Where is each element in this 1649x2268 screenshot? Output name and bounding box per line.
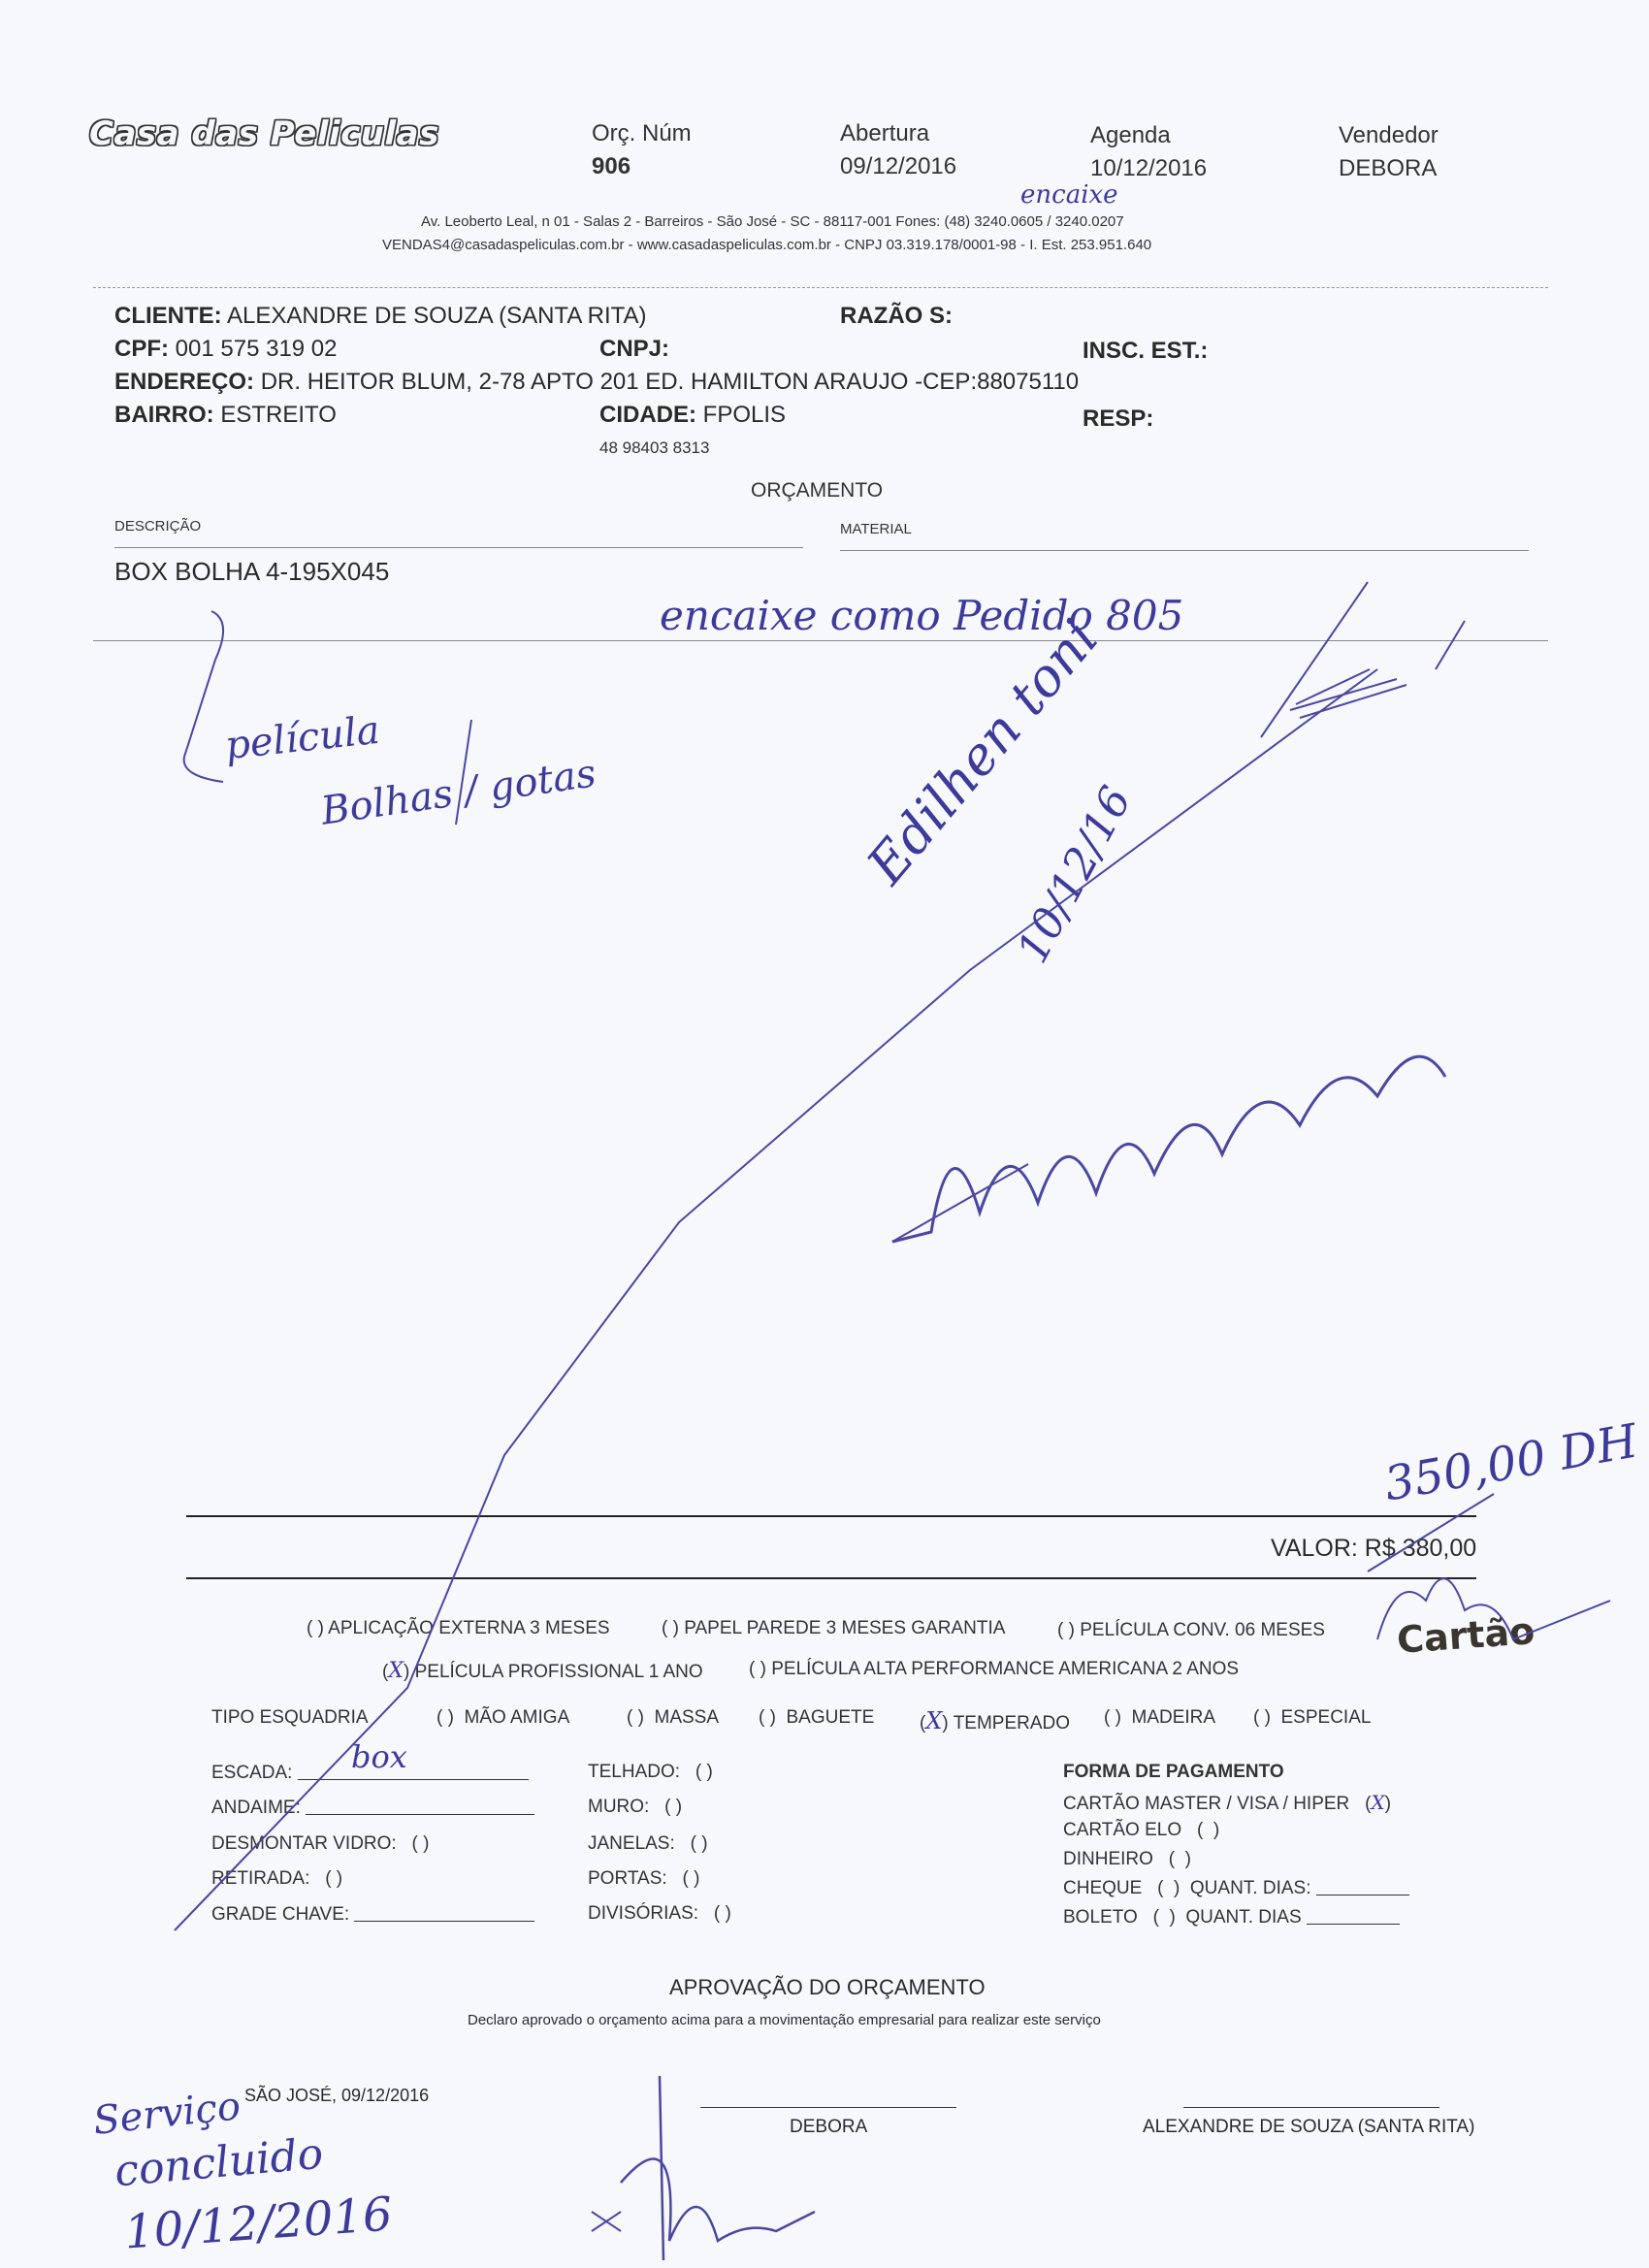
valor-field: VALOR: R$ 380,00 <box>1271 1535 1476 1563</box>
resp-label: RESP: <box>1083 405 1153 432</box>
divisorias-field[interactable]: DIVISÓRIAS: ( ) <box>588 1903 731 1925</box>
portas-field[interactable]: PORTAS: ( ) <box>588 1868 699 1890</box>
payment-option-0[interactable]: CARTÃO MASTER / VISA / HIPER (X) <box>1063 1791 1391 1815</box>
esquadria-option-5[interactable]: ( ) ESPECIAL <box>1253 1707 1371 1729</box>
esquadria-option-label: MADEIRA <box>1132 1707 1216 1728</box>
portas-label: PORTAS: <box>588 1868 667 1889</box>
approval-declaration: Declaro aprovado o orçamento acima para … <box>468 2012 1101 2028</box>
header-divider <box>93 287 1548 288</box>
retirada-field[interactable]: RETIRADA: ( ) <box>211 1868 342 1890</box>
cpf-field: CPF: 001 575 319 02 <box>114 336 338 363</box>
escada-handwritten-value: box <box>351 1738 407 1775</box>
insc-est-field: INSC. EST.: <box>1083 338 1208 365</box>
esquadria-option-label: TEMPERADO <box>954 1713 1070 1733</box>
service-option-4[interactable]: ( ) PELÍCULA ALTA PERFORMANCE AMERICANA … <box>749 1659 1239 1680</box>
payment-option-label: BOLETO <box>1063 1907 1138 1928</box>
payment-title: FORMA DE PAGAMENTO <box>1063 1762 1284 1783</box>
approval-title: APROVAÇÃO DO ORÇAMENTO <box>669 1975 986 2000</box>
handwritten-encaixe-top: encaixe <box>1020 180 1118 210</box>
janelas-field[interactable]: JANELAS: ( ) <box>588 1833 708 1855</box>
endereco-field: ENDEREÇO: DR. HEITOR BLUM, 2-78 APTO 201… <box>114 369 1079 396</box>
vendedor-value: DEBORA <box>1339 155 1437 182</box>
valor-value: 380,00 <box>1403 1535 1476 1562</box>
check-mark-icon: X <box>1371 1791 1384 1814</box>
company-contact: VENDAS4@casadaspeliculas.com.br - www.ca… <box>382 237 1151 253</box>
retirada-label: RETIRADA: <box>211 1868 309 1889</box>
payment-option-2[interactable]: DINHEIRO ( ) <box>1063 1849 1191 1870</box>
payment-option-3[interactable]: CHEQUE ( ) QUANT. DIAS: <box>1063 1878 1409 1899</box>
payment-option-label: CARTÃO ELO <box>1063 1820 1181 1840</box>
cliente-field: CLIENTE: ALEXANDRE DE SOUZA (SANTA RITA) <box>114 303 647 330</box>
grade-chave-label: GRADE CHAVE: <box>211 1904 349 1925</box>
esquadria-option-label: MÃO AMIGA <box>465 1707 570 1728</box>
service-option-3[interactable]: (X) PELÍCULA PROFISSIONAL 1 ANO <box>382 1659 703 1683</box>
abertura-value: 09/12/2016 <box>840 153 956 180</box>
cliente-value: ALEXANDRE DE SOUZA (SANTA RITA) <box>227 303 647 329</box>
esquadria-option-2[interactable]: ( ) BAGUETE <box>759 1707 874 1729</box>
approval-place-date: SÃO JOSÉ, 09/12/2016 <box>244 2086 429 2106</box>
esquadria-option-label: MASSA <box>655 1707 720 1728</box>
resp-field: RESP: <box>1083 405 1153 433</box>
handwritten-cartao-note: Cartão <box>1396 1609 1536 1662</box>
service-option-2[interactable]: ( ) PELÍCULA CONV. 06 MESES <box>1057 1620 1325 1641</box>
payment-option-label: CARTÃO MASTER / VISA / HIPER <box>1063 1794 1349 1814</box>
insc-est-label: INSC. EST.: <box>1083 338 1208 364</box>
orc-num-label: Orç. Núm <box>592 120 692 147</box>
cliente-label: CLIENTE: <box>114 303 222 329</box>
service-option-label: APLICAÇÃO EXTERNA 3 MESES <box>328 1618 609 1638</box>
handwritten-pelicula-note: película <box>223 708 382 768</box>
payment-option-label: DINHEIRO <box>1063 1849 1153 1869</box>
esquadria-label: TIPO ESQUADRIA <box>211 1707 369 1729</box>
razao-field: RAZÃO S: <box>840 303 953 330</box>
payment-option-1[interactable]: CARTÃO ELO ( ) <box>1063 1820 1219 1841</box>
agenda-label: Agenda <box>1090 122 1171 149</box>
esquadria-option-label: ESPECIAL <box>1281 1707 1372 1728</box>
payment-option-suffix: QUANT. DIAS: <box>1190 1878 1311 1898</box>
esquadria-option-3[interactable]: (X) TEMPERADO <box>920 1707 1070 1734</box>
grade-chave-field[interactable]: GRADE CHAVE: <box>211 1903 534 1926</box>
muro-label: MURO: <box>588 1797 649 1817</box>
valor-top-line <box>186 1515 1476 1517</box>
muro-field[interactable]: MURO: ( ) <box>588 1797 682 1818</box>
service-option-0[interactable]: ( ) APLICAÇÃO EXTERNA 3 MESES <box>307 1618 610 1639</box>
endereco-label: ENDEREÇO: <box>114 369 254 395</box>
esquadria-option-label: BAGUETE <box>787 1707 875 1728</box>
handwritten-servico-line2: concluido <box>113 2129 325 2197</box>
bairro-label: BAIRRO: <box>114 402 214 428</box>
payment-option-4[interactable]: BOLETO ( ) QUANT. DIAS <box>1063 1907 1400 1928</box>
cnpj-field: CNPJ: <box>599 336 669 363</box>
esquadria-option-4[interactable]: ( ) MADEIRA <box>1104 1707 1215 1729</box>
valor-bottom-line <box>186 1577 1476 1579</box>
desmontar-vidro-field[interactable]: DESMONTAR VIDRO: ( ) <box>211 1833 430 1855</box>
escada-label: ESCADA: <box>211 1763 292 1783</box>
handwritten-signature-date: 10/12/16 <box>1008 779 1142 971</box>
abertura-label: Abertura <box>840 120 929 147</box>
material-label: MATERIAL <box>840 521 912 537</box>
janelas-label: JANELAS: <box>588 1833 675 1854</box>
esquadria-option-1[interactable]: ( ) MASSA <box>627 1707 719 1729</box>
check-mark-icon: X <box>388 1659 404 1683</box>
divisorias-label: DIVISÓRIAS: <box>588 1903 698 1924</box>
cidade-field: CIDADE: FPOLIS <box>599 402 786 429</box>
bairro-value: ESTREITO <box>220 402 337 428</box>
cidade-label: CIDADE: <box>599 402 696 428</box>
company-logo: Casa das Peliculas <box>89 114 439 153</box>
handwritten-servico-date: 10/12/2016 <box>122 2187 394 2259</box>
andaime-field[interactable]: ANDAIME: <box>211 1797 534 1819</box>
descricao-label: DESCRIÇÃO <box>114 518 201 535</box>
client-signer-name: ALEXANDRE DE SOUZA (SANTA RITA) <box>1143 2117 1474 2138</box>
client-phone: 48 98403 8313 <box>599 438 709 458</box>
razao-label: RAZÃO S: <box>840 303 953 329</box>
agenda-value: 10/12/2016 <box>1090 155 1207 182</box>
orcamento-title: ORÇAMENTO <box>751 479 883 502</box>
service-option-label: PELÍCULA PROFISSIONAL 1 ANO <box>415 1662 703 1682</box>
cnpj-label: CNPJ: <box>599 336 669 362</box>
andaime-label: ANDAIME: <box>211 1798 301 1818</box>
vendor-signer-name: DEBORA <box>790 2117 867 2138</box>
vendor-signature-line <box>700 2107 956 2108</box>
service-option-1[interactable]: ( ) PAPEL PAREDE 3 MESES GARANTIA <box>662 1618 1005 1639</box>
orc-num-value: 906 <box>592 153 630 180</box>
telhado-label: TELHADO: <box>588 1762 680 1782</box>
bairro-field: BAIRRO: ESTREITO <box>114 402 337 429</box>
item-description: BOX BOLHA 4-195X045 <box>114 557 389 587</box>
material-underline <box>840 550 1529 551</box>
client-signature-line <box>1183 2107 1439 2108</box>
valor-label: VALOR: R$ <box>1271 1535 1396 1562</box>
esquadria-option-0[interactable]: ( ) MÃO AMIGA <box>436 1707 569 1729</box>
handwritten-encaixe-note: encaixe como Pedido 805 <box>660 592 1183 639</box>
handwritten-new-value: 350,00 DH <box>1380 1414 1641 1512</box>
payment-option-label: CHEQUE <box>1063 1878 1142 1898</box>
service-option-label: PELÍCULA ALTA PERFORMANCE AMERICANA 2 AN… <box>771 1659 1239 1679</box>
service-option-label: PELÍCULA CONV. 06 MESES <box>1080 1620 1325 1640</box>
handwritten-servico-line1: Serviço <box>91 2084 242 2144</box>
telhado-field[interactable]: TELHADO: ( ) <box>588 1762 713 1783</box>
payment-option-suffix: QUANT. DIAS <box>1185 1907 1301 1928</box>
cpf-label: CPF: <box>114 336 169 362</box>
item-divider <box>93 640 1548 641</box>
check-mark-icon: X <box>925 1707 942 1734</box>
handwritten-bolhas-note: Bolhas / gotas <box>318 751 598 833</box>
descricao-underline <box>114 547 803 548</box>
cidade-value: FPOLIS <box>703 402 786 428</box>
company-address: Av. Leoberto Leal, n 01 - Salas 2 - Barr… <box>421 213 1124 230</box>
endereco-value: DR. HEITOR BLUM, 2-78 APTO 201 ED. HAMIL… <box>261 369 1079 395</box>
vendedor-label: Vendedor <box>1339 122 1439 149</box>
service-option-label: PAPEL PAREDE 3 MESES GARANTIA <box>684 1618 1005 1638</box>
desmontar-vidro-label: DESMONTAR VIDRO: <box>211 1833 397 1854</box>
cpf-value: 001 575 319 02 <box>176 336 338 362</box>
